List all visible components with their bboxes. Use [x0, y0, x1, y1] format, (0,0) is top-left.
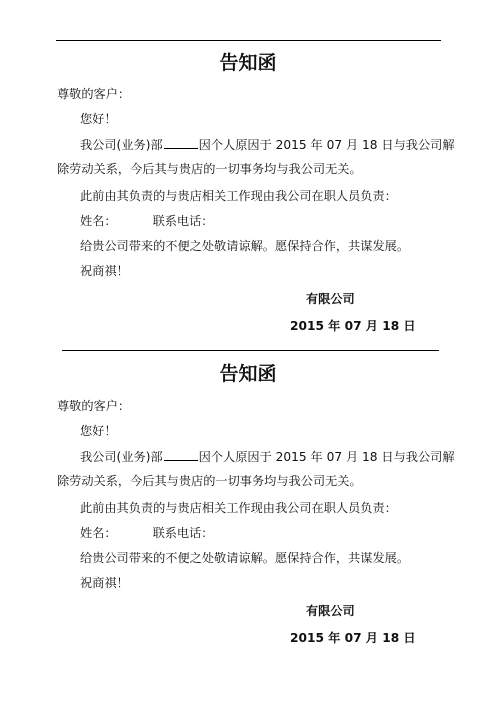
name-label: 姓名： — [80, 214, 117, 228]
salutation: 尊敬的客户： — [57, 86, 130, 102]
greeting: 您好！ — [80, 111, 117, 127]
company-signature: 有限公司 — [306, 603, 355, 619]
body-line-3: 此前由其负责的与贵店相关工作现由我公司在职人员负责： — [80, 500, 397, 516]
phone-label: 联系电话： — [153, 214, 214, 228]
body-line-1-start: 我公司(业务)部 — [80, 138, 163, 152]
closing: 祝商祺！ — [80, 575, 129, 591]
body-line-1: 我公司(业务)部因个人原因于 2015 年 07 月 18 日与我公司解 — [80, 448, 455, 465]
body-line-3: 此前由其负责的与贵店相关工作现由我公司在职人员负责： — [80, 188, 397, 204]
letter-title: 告知函 — [0, 52, 496, 74]
body-line-1: 我公司(业务)部因个人原因于 2015 年 07 月 18 日与我公司解 — [80, 136, 455, 153]
apology-line: 给贵公司带来的不便之处敬请谅解。愿保持合作，共谋发展。 — [80, 238, 409, 254]
signature-date: 2015 年 07 月 18 日 — [290, 630, 416, 646]
company-signature: 有限公司 — [306, 291, 355, 307]
top-divider — [62, 350, 439, 351]
phone-label: 联系电话： — [153, 526, 214, 540]
greeting: 您好！ — [80, 423, 117, 439]
name-label: 姓名： — [80, 526, 117, 540]
name-blank-field[interactable] — [164, 448, 198, 461]
name-blank-field[interactable] — [164, 136, 198, 149]
body-line-1-end: 因个人原因于 2015 年 07 月 18 日与我公司解 — [199, 450, 455, 464]
salutation: 尊敬的客户： — [57, 398, 130, 414]
notice-letter-2: 告知函 尊敬的客户： 您好！ 我公司(业务)部因个人原因于 2015 年 07 … — [0, 310, 496, 620]
contact-line: 姓名：联系电话： — [80, 525, 214, 541]
body-line-2: 除劳动关系，今后其与贵店的一切事务均与我公司无关。 — [57, 161, 362, 177]
body-line-2: 除劳动关系，今后其与贵店的一切事务均与我公司无关。 — [57, 473, 362, 489]
letter-title: 告知函 — [0, 363, 496, 385]
contact-line: 姓名：联系电话： — [80, 213, 214, 229]
notice-letter-1: 告知函 尊敬的客户： 您好！ 我公司(业务)部因个人原因于 2015 年 07 … — [0, 0, 496, 310]
body-line-1-start: 我公司(业务)部 — [80, 450, 163, 464]
closing: 祝商祺！ — [80, 263, 129, 279]
body-line-1-end: 因个人原因于 2015 年 07 月 18 日与我公司解 — [199, 138, 455, 152]
apology-line: 给贵公司带来的不便之处敬请谅解。愿保持合作，共谋发展。 — [80, 550, 409, 566]
top-divider — [56, 40, 441, 41]
